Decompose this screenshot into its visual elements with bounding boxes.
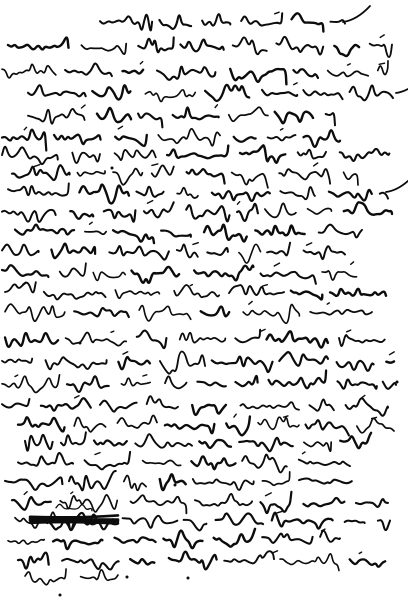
correction-word <box>56 504 92 510</box>
handwriting-word <box>25 435 53 451</box>
strike-stroke <box>30 522 118 523</box>
handwriting-word <box>5 304 65 321</box>
handwriting-word <box>160 474 186 490</box>
handwriting-line-5 <box>28 105 335 128</box>
handwriting-word <box>79 185 128 204</box>
handwriting-word <box>2 359 32 363</box>
handwriting-word <box>51 244 95 258</box>
handwriting-word <box>280 554 339 571</box>
handwriting-word <box>143 460 181 465</box>
handwriting-word <box>320 531 340 542</box>
handwriting-word <box>386 361 394 362</box>
handwriting-word <box>272 513 333 529</box>
pen-tick <box>123 352 128 354</box>
handwriting-line-12 <box>2 243 345 263</box>
pen-tick <box>143 375 147 376</box>
handwriting-word <box>2 64 56 77</box>
pen-tick <box>314 163 318 166</box>
pen-tick <box>237 202 239 205</box>
handwriting-word <box>269 371 327 389</box>
handwriting-word <box>299 479 352 484</box>
handwriting-word <box>130 559 154 564</box>
handwriting-word <box>28 109 85 124</box>
handwriting-line-1 <box>100 6 370 32</box>
handwriting-word <box>262 90 297 96</box>
handwriting-word <box>370 44 392 57</box>
pen-tick <box>90 222 93 224</box>
handwriting-word <box>163 531 202 549</box>
handwriting-word <box>12 497 51 510</box>
handwriting-word <box>229 107 268 121</box>
pen-tick <box>24 127 26 129</box>
handwriting-word <box>25 569 66 585</box>
handwriting-word <box>378 520 390 530</box>
handwriting-word <box>132 267 180 283</box>
handwriting-word <box>241 13 282 25</box>
handwriting-line-18 <box>2 371 396 393</box>
end-flourish <box>386 176 408 192</box>
handwriting-word <box>194 266 253 281</box>
handwriting-word <box>104 210 136 222</box>
handwriting-word <box>69 471 116 490</box>
manuscript-svg <box>0 0 408 600</box>
handwriting-line-2 <box>8 35 392 57</box>
handwriting-word <box>186 205 229 221</box>
handwriting-word <box>262 534 312 544</box>
handwriting-word <box>303 90 342 99</box>
handwriting-word <box>204 225 247 242</box>
pen-tick <box>379 63 384 64</box>
handwriting-word <box>94 441 127 446</box>
handwriting-word <box>205 85 249 101</box>
pen-tick <box>95 453 100 455</box>
handwriting-word <box>201 307 230 317</box>
handwriting-word <box>268 135 296 140</box>
handwriting-word <box>92 85 130 99</box>
handwriting-word <box>5 477 62 489</box>
handwriting-word <box>5 333 58 347</box>
handwriting-word <box>158 129 220 146</box>
handwriting-word <box>298 150 326 159</box>
handwriting-line-4 <box>28 77 408 102</box>
handwriting-word <box>235 330 260 343</box>
handwriting-word <box>65 64 112 77</box>
handwriting-word <box>326 113 335 125</box>
handwriting-word <box>345 521 365 523</box>
ink-dot-4 <box>174 484 177 487</box>
handwriting-word <box>310 310 372 315</box>
pen-tick <box>111 331 114 332</box>
handwriting-word <box>100 401 137 412</box>
handwriting-word <box>322 271 357 280</box>
handwriting-line-28 <box>25 569 118 585</box>
handwriting-word <box>144 202 174 217</box>
handwriting-word <box>304 130 341 147</box>
handwriting-word <box>5 282 36 292</box>
handwriting-word <box>28 85 86 96</box>
handwriting-word <box>308 209 332 215</box>
handwriting-word <box>136 187 163 197</box>
handwriting-word <box>275 112 313 123</box>
interlinear-correction <box>56 504 92 510</box>
handwriting-word <box>81 44 126 55</box>
end-flourish <box>343 6 370 22</box>
handwriting-word <box>2 210 56 222</box>
handwriting-word <box>70 211 93 219</box>
pen-tick <box>359 552 361 553</box>
handwriting-word <box>74 418 105 432</box>
handwriting-word <box>72 153 100 163</box>
pen-tick <box>347 330 351 332</box>
handwriting-word <box>380 193 388 199</box>
handwriting-word <box>229 285 284 295</box>
handwriting-line-20 <box>18 414 394 435</box>
handwriting-word <box>258 417 299 429</box>
handwriting-line-11 <box>15 222 362 243</box>
handwriting-word <box>85 452 131 469</box>
handwriting-word <box>255 226 304 236</box>
handwriting-word <box>242 455 287 473</box>
handwriting-word <box>138 113 162 127</box>
handwriting-line-27 <box>18 551 385 571</box>
handwriting-word <box>344 172 359 185</box>
handwriting-line-21 <box>25 432 371 451</box>
pen-tick <box>147 201 152 204</box>
handwriting-word <box>165 376 187 388</box>
handwriting-line-15 <box>5 301 372 323</box>
handwriting-line-14 <box>5 282 386 299</box>
handwriting-word <box>115 150 156 160</box>
pen-tick <box>348 64 351 65</box>
handwriting-word <box>279 352 328 366</box>
handwriting-word <box>232 173 268 188</box>
handwriting-word <box>18 553 49 569</box>
pen-tick <box>190 285 192 286</box>
handwriting-word <box>340 433 371 448</box>
pen-tick <box>277 512 281 513</box>
handwriting-word <box>121 378 150 386</box>
handwriting-word <box>113 169 142 185</box>
handwriting-word <box>118 357 149 369</box>
handwriting-word <box>85 231 106 234</box>
handwriting-word <box>212 357 273 372</box>
handwriting-word <box>340 149 390 161</box>
handwriting-word <box>62 559 119 570</box>
pen-tick <box>71 492 73 494</box>
handwriting-word <box>117 416 157 428</box>
handwriting-word <box>137 331 167 348</box>
end-flourish <box>396 77 408 93</box>
handwriting-word <box>337 361 374 371</box>
handwriting-word <box>233 37 267 54</box>
handwriting-word <box>230 69 286 84</box>
handwriting-word <box>330 289 386 296</box>
handwriting-word <box>293 69 318 78</box>
ink-dot-5 <box>126 576 129 579</box>
handwriting-word <box>303 498 344 506</box>
pen-tick <box>372 417 377 418</box>
handwriting-word <box>77 171 105 176</box>
handwriting-line-7 <box>2 145 389 164</box>
handwriting-word <box>346 398 388 415</box>
pen-tick <box>266 493 272 496</box>
pen-tick <box>284 416 288 417</box>
handwriting-word <box>113 230 154 243</box>
handwriting-word <box>123 70 144 74</box>
handwriting-word <box>357 418 394 432</box>
pen-tick <box>140 62 142 64</box>
handwriting-word <box>319 225 362 238</box>
handwriting-word <box>299 460 350 467</box>
manuscript-page <box>0 0 408 600</box>
handwriting-word <box>167 146 228 159</box>
handwriting-word <box>226 417 250 436</box>
handwriting-word <box>81 570 118 580</box>
handwriting-word <box>193 479 254 490</box>
pen-tick <box>193 243 198 245</box>
ink-dot-2 <box>79 342 82 345</box>
handwriting-word <box>8 183 69 195</box>
handwriting-word <box>291 291 322 300</box>
handwriting-word <box>161 231 191 237</box>
handwriting-word <box>2 147 58 164</box>
handwriting-word <box>12 165 70 180</box>
strike-stroke <box>30 515 118 517</box>
handwriting-word <box>292 13 324 31</box>
handwriting-word <box>61 432 86 445</box>
handwriting-word <box>267 243 290 256</box>
handwriting-word <box>236 376 258 386</box>
pen-tick <box>34 165 40 167</box>
handwriting-line-19 <box>2 395 388 415</box>
handwriting-word <box>350 559 386 566</box>
handwriting-word <box>18 453 73 466</box>
handwriting-word <box>216 513 263 524</box>
pen-tick <box>275 12 279 14</box>
handwriting-word <box>44 292 106 300</box>
handwriting-word <box>184 520 207 531</box>
pen-tick <box>327 303 329 304</box>
handwriting-word <box>280 187 315 199</box>
pen-tick <box>24 492 27 495</box>
handwriting-word <box>239 438 292 451</box>
handwriting-line-6 <box>2 126 340 150</box>
strike-stroke <box>30 520 118 521</box>
handwriting-word <box>306 420 349 435</box>
ink-dot-3 <box>396 381 399 384</box>
handwriting-word <box>197 382 225 387</box>
handwriting-line-8 <box>12 163 358 188</box>
handwriting-word <box>46 357 107 369</box>
handwriting-word <box>240 145 285 162</box>
handwriting-line-9 <box>8 176 408 203</box>
handwriting-line-13 <box>2 262 357 284</box>
handwriting-word <box>195 494 252 506</box>
handwriting-word <box>180 333 226 343</box>
handwriting-word <box>67 376 109 392</box>
handwriting-word <box>261 272 316 284</box>
handwriting-word <box>165 424 215 433</box>
handwriting-word <box>339 335 385 346</box>
handwriting-word <box>173 108 219 120</box>
ink-dot-1 <box>111 167 114 170</box>
handwriting-word <box>267 331 328 347</box>
handwriting-word <box>152 165 174 176</box>
handwriting-word <box>139 306 191 321</box>
handwriting-line-23 <box>5 471 352 490</box>
handwriting-word <box>265 203 296 217</box>
pen-tick <box>15 375 18 376</box>
handwriting-word <box>2 399 29 408</box>
handwriting-word <box>169 552 217 570</box>
handwriting-word <box>174 285 219 297</box>
handwriting-word <box>202 14 230 25</box>
handwriting-word <box>135 434 192 447</box>
handwriting-word <box>18 417 65 431</box>
handwriting-word <box>97 108 131 122</box>
handwriting-word <box>160 352 205 374</box>
handwriting-word <box>199 440 231 448</box>
pen-tick <box>294 83 297 85</box>
handwriting-word <box>187 169 225 183</box>
pen-tick <box>351 262 354 264</box>
pen-tick <box>249 301 252 304</box>
pen-tick <box>307 243 312 245</box>
pen-tick <box>274 263 279 266</box>
handwriting-word <box>383 382 396 389</box>
handwriting-word <box>131 495 187 513</box>
pen-tick <box>263 285 268 286</box>
handwriting-word <box>124 476 146 491</box>
pen-tick <box>234 414 236 417</box>
handwriting-word <box>344 202 392 214</box>
handwriting-word <box>177 244 198 257</box>
handwriting-word <box>279 169 330 184</box>
handwriting-word <box>93 272 125 280</box>
handwriting-word <box>100 15 152 31</box>
handwriting-line-3 <box>2 61 388 85</box>
pen-tick <box>380 35 384 38</box>
handwriting-word <box>356 499 388 507</box>
handwriting-word <box>276 37 323 55</box>
handwriting-line-10 <box>2 201 392 222</box>
handwriting-word <box>338 380 377 389</box>
handwriting-word <box>329 190 372 201</box>
handwriting-word <box>157 67 215 80</box>
handwriting-word <box>191 456 235 469</box>
handwriting-line-17 <box>2 352 394 374</box>
handwriting-word <box>350 86 393 101</box>
pen-tick <box>75 396 79 398</box>
handwriting-word <box>239 244 261 263</box>
handwriting-line-16 <box>5 329 385 348</box>
handwriting-word <box>2 375 60 393</box>
handwriting-word <box>207 248 228 255</box>
pen-tick <box>81 105 85 108</box>
handwriting-word <box>2 265 48 277</box>
handwriting-word <box>212 191 270 201</box>
handwriting-word <box>123 516 178 528</box>
handwriting-word <box>192 405 226 415</box>
pen-tick <box>215 105 217 108</box>
handwriting-word <box>74 308 129 317</box>
handwriting-line-22 <box>18 452 350 473</box>
handwriting-word <box>237 204 258 221</box>
handwriting-word <box>180 40 223 52</box>
handwriting-word <box>159 15 191 29</box>
handwriting-word <box>145 90 195 102</box>
handwriting-word <box>60 263 86 276</box>
handwriting-word <box>8 38 69 50</box>
handwriting-word <box>304 442 331 451</box>
handwriting-word <box>8 540 44 545</box>
handwriting-word <box>309 400 334 411</box>
handwriting-word <box>234 137 256 142</box>
handwriting-word <box>177 188 198 198</box>
handwriting-word <box>109 246 168 259</box>
handwriting-word <box>304 246 345 259</box>
ink-dot-6 <box>187 577 190 580</box>
pen-tick <box>281 129 283 130</box>
handwriting-word <box>261 492 292 513</box>
handwriting-word <box>243 304 299 323</box>
handwriting-word <box>328 71 369 77</box>
pen-tick <box>118 126 122 129</box>
handwriting-word <box>2 245 39 256</box>
handwriting-word <box>262 472 289 485</box>
handwriting-word <box>115 537 156 542</box>
pen-tick <box>390 352 395 355</box>
pen-tick <box>303 452 306 454</box>
handwriting-word <box>54 135 101 144</box>
handwriting-word <box>147 396 178 408</box>
handwriting-word <box>15 225 74 235</box>
handwriting-word <box>41 398 91 410</box>
handwriting-word <box>115 290 159 298</box>
handwriting-word <box>2 130 46 151</box>
pen-tick <box>152 164 158 166</box>
handwriting-word <box>224 551 274 563</box>
handwriting-word <box>66 333 127 346</box>
handwriting-line-26 <box>8 529 340 549</box>
handwriting-word <box>240 402 299 410</box>
handwriting-word <box>53 540 102 549</box>
handwriting-word <box>334 45 359 56</box>
handwriting-line-24 <box>12 492 388 514</box>
handwriting-word <box>138 38 173 53</box>
ink-dot-7 <box>59 594 62 597</box>
handwriting-word <box>214 529 255 547</box>
handwriting-word <box>115 135 147 146</box>
